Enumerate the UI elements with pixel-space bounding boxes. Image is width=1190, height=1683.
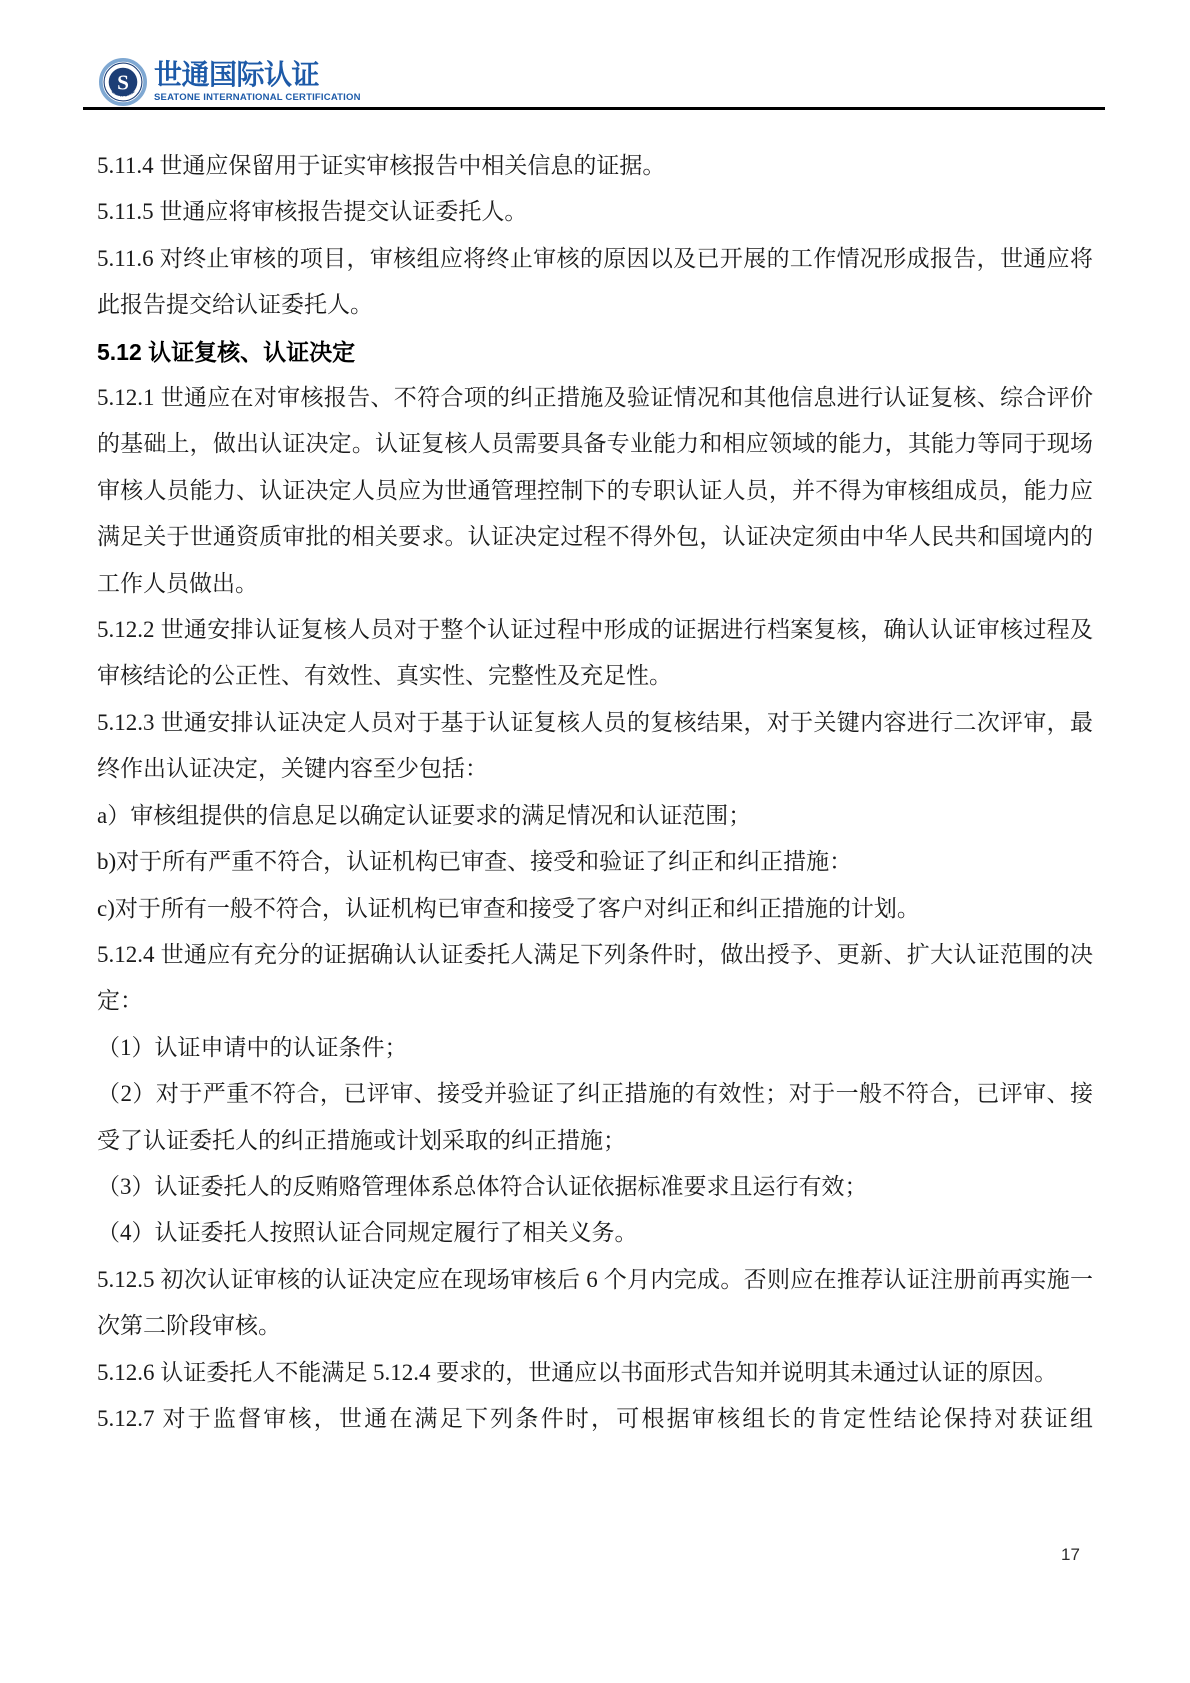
document-body: 5.11.4 世通应保留用于证实审核报告中相关信息的证据。 5.11.5 世通应… (97, 143, 1093, 1442)
clause-5-11-4: 5.11.4 世通应保留用于证实审核报告中相关信息的证据。 (97, 143, 1093, 189)
clause-5-12-4-item-2: （2）对于严重不符合，已评审、接受并验证了纠正措施的有效性；对于一般不符合，已评… (97, 1071, 1093, 1164)
clause-5-12-7: 5.12.7 对于监督审核，世通在满足下列条件时，可根据审核组长的肯定性结论保持… (97, 1396, 1093, 1442)
badge-monogram: S (117, 70, 129, 94)
clause-5-12-6: 5.12.6 认证委托人不能满足 5.12.4 要求的，世通应以书面形式告知并说… (97, 1350, 1093, 1396)
document-page: S SEATONE 世通国际认证 SEATONE INTERNATIONAL C… (0, 0, 1190, 1683)
clause-5-12-3-item-b: b)对于所有严重不符合，认证机构已审查、接受和验证了纠正和纠正措施： (97, 839, 1093, 885)
clause-5-12-3: 5.12.3 世通安排认证决定人员对于基于认证复核人员的复核结果，对于关键内容进… (97, 700, 1093, 793)
seatone-badge-icon: S SEATONE (99, 58, 147, 106)
clause-5-12-5: 5.12.5 初次认证审核的认证决定应在现场审核后 6 个月内完成。否则应在推荐… (97, 1257, 1093, 1350)
clause-5-12-1: 5.12.1 世通应在对审核报告、不符合项的纠正措施及验证情况和其他信息进行认证… (97, 375, 1093, 607)
clause-5-12-4-item-1: （1）认证申请中的认证条件； (97, 1025, 1093, 1071)
clause-5-12-2: 5.12.2 世通安排认证复核人员对于整个认证过程中形成的证据进行档案复核，确认… (97, 607, 1093, 700)
brand-name-chinese: 世通国际认证 (154, 58, 361, 92)
company-logo: S SEATONE 世通国际认证 SEATONE INTERNATIONAL C… (99, 58, 361, 106)
clause-5-12-4-item-4: （4）认证委托人按照认证合同规定履行了相关义务。 (97, 1210, 1093, 1256)
brand-text-block: 世通国际认证 SEATONE INTERNATIONAL CERTIFICATI… (154, 58, 361, 103)
clause-5-12-3-item-a: a）审核组提供的信息足以确定认证要求的满足情况和认证范围； (97, 793, 1093, 839)
header-divider (83, 107, 1105, 110)
clause-5-11-5: 5.11.5 世通应将审核报告提交认证委托人。 (97, 189, 1093, 235)
page-number: 17 (1061, 1545, 1080, 1565)
section-heading-5-12: 5.12 认证复核、认证决定 (97, 329, 1093, 375)
clause-5-12-4: 5.12.4 世通应有充分的证据确认认证委托人满足下列条件时，做出授予、更新、扩… (97, 932, 1093, 1025)
brand-name-english: SEATONE INTERNATIONAL CERTIFICATION (154, 92, 361, 103)
clause-5-12-3-item-c: c)对于所有一般不符合，认证机构已审查和接受了客户对纠正和纠正措施的计划。 (97, 886, 1093, 932)
clause-5-12-4-item-3: （3）认证委托人的反贿赂管理体系总体符合认证依据标准要求且运行有效； (97, 1164, 1093, 1210)
clause-5-11-6: 5.11.6 对终止审核的项目，审核组应将终止审核的原因以及已开展的工作情况形成… (97, 236, 1093, 329)
